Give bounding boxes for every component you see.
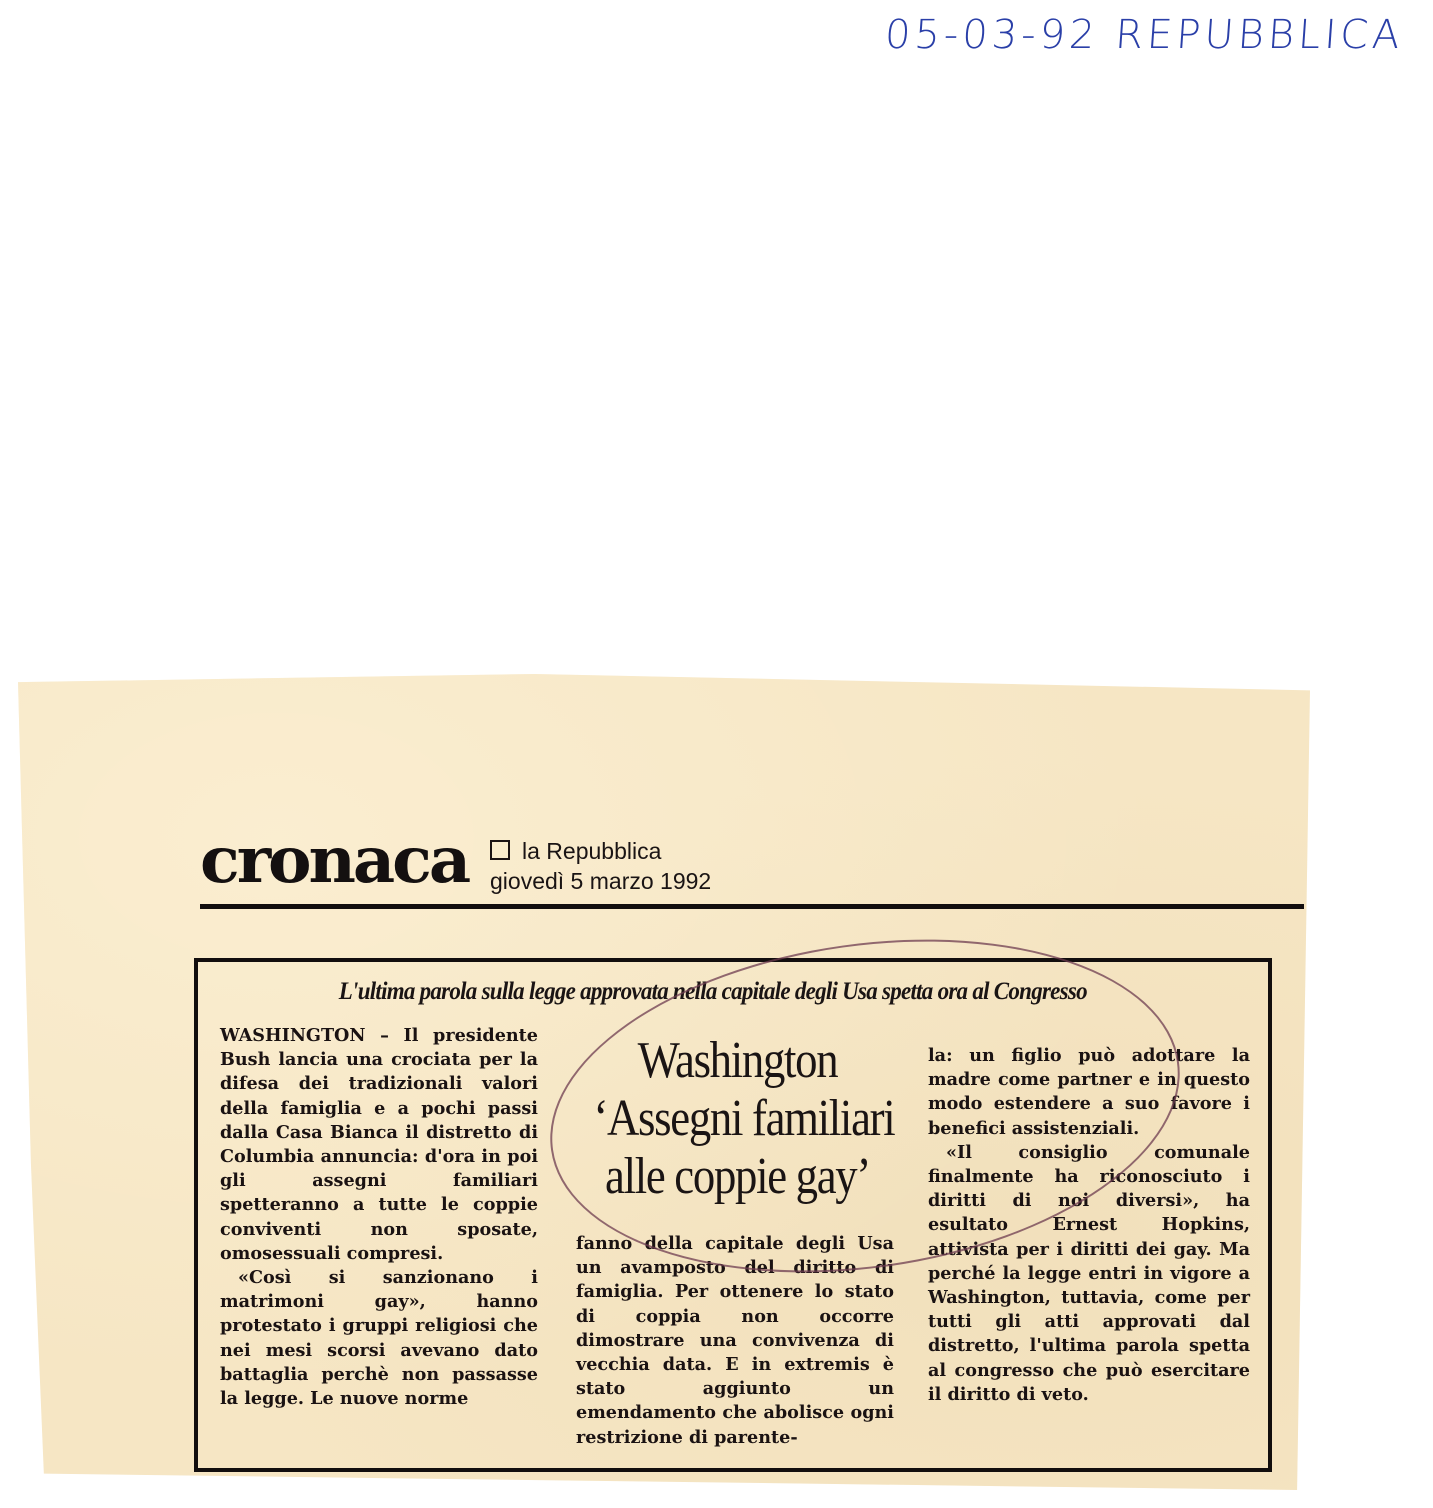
paragraph: «Così si sanzionano i matrimoni gay», ha… [220,1266,538,1411]
handwritten-date-annotation: 05-03-92 REPUBBLICA [883,12,1405,58]
section-title: cronaca [200,826,468,896]
square-outline-icon [490,840,510,860]
section-rule [200,904,1304,909]
masthead: la Repubblica giovedì 5 marzo 1992 [490,836,711,896]
newspaper-name: la Repubblica [522,838,661,864]
paragraph: WASHINGTON – Il presidente Bush lancia u… [220,1024,538,1266]
publication-date: giovedì 5 marzo 1992 [490,866,711,896]
article-column-1: WASHINGTON – Il presidente Bush lancia u… [220,1024,538,1411]
